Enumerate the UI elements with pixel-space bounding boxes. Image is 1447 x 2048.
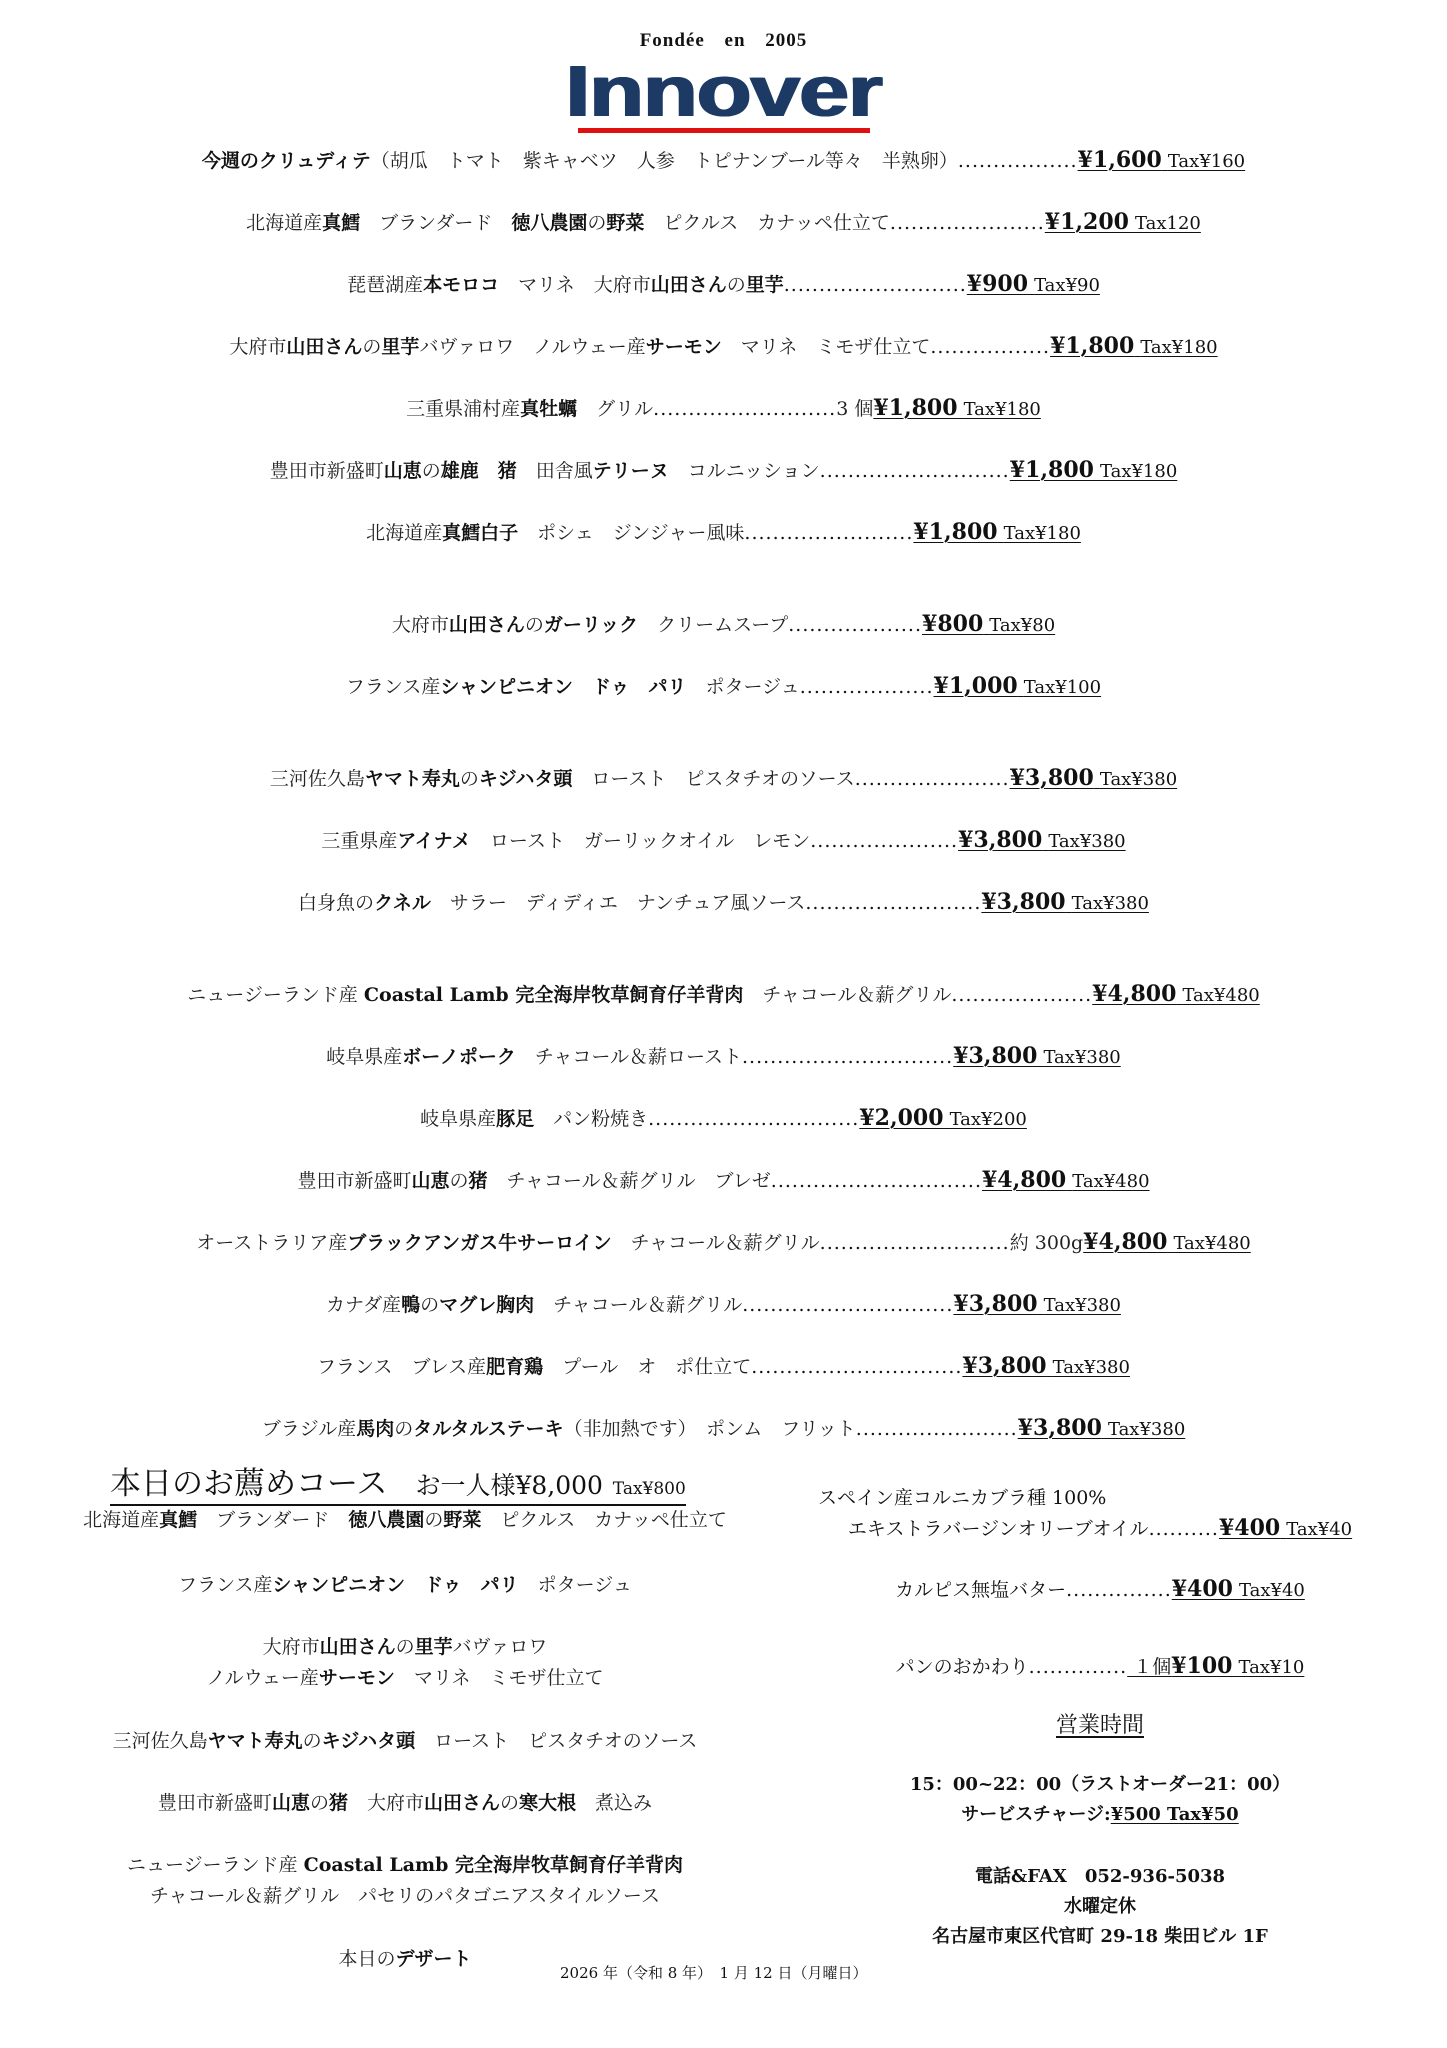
item-text: 三重県産: [321, 830, 397, 852]
item-text: マリネ 大府市: [499, 274, 651, 296]
item-text: ポシェ ジンジャー風味: [518, 522, 744, 544]
item-highlight: ボーノポーク: [402, 1046, 516, 1068]
dot-leader: ..............................: [742, 1046, 953, 1068]
hours-heading: 営業時間: [800, 1708, 1400, 1739]
item-highlight: クネル: [374, 892, 431, 914]
price-amount: ¥1,600: [1078, 147, 1162, 173]
item-text: チャコール＆薪グリル: [612, 1232, 820, 1254]
item-highlight: アイナメ: [397, 830, 471, 852]
item-highlight: 今週のクリュディテ: [202, 150, 371, 172]
item-highlight: 野菜: [606, 212, 644, 234]
address: 名古屋市東区代官町 29-18 柴田ビル 1F: [800, 1922, 1400, 1948]
item-text: ロースト ピスタチオのソース: [572, 768, 854, 790]
item-text: の: [303, 1730, 322, 1752]
extra-text: カルピス無塩バター: [895, 1579, 1066, 1601]
price-amount: ¥4,800: [1083, 1229, 1167, 1255]
item-highlight: ガーリック: [544, 614, 638, 636]
price-tax: Tax¥180: [1140, 337, 1217, 358]
price-amount: ¥2,000: [859, 1105, 943, 1131]
item-highlight: 里芋: [746, 274, 784, 296]
dot-leader: ...................: [800, 676, 934, 698]
price: ¥100 Tax¥10: [1171, 1656, 1304, 1678]
item-text: の: [449, 1170, 468, 1192]
dot-leader: ...............: [1066, 1579, 1172, 1601]
item-highlight: ヤマト寿丸: [365, 768, 460, 790]
price-amount: ¥100: [1171, 1653, 1232, 1679]
item-highlight: 山田さん: [651, 274, 727, 296]
price-tax: Tax¥80: [989, 615, 1055, 636]
item-highlight: 豚足: [496, 1108, 534, 1130]
item-text: 田舎風: [517, 460, 593, 482]
item-text: グリル: [577, 398, 653, 420]
menu-item: 大府市山田さんのガーリック クリームスープ...................…: [0, 610, 1447, 637]
menu-item: ニュージーランド産 Coastal Lamb 完全海岸牧草飼育仔羊背肉 チャコー…: [0, 980, 1447, 1007]
item-text: チャコール＆薪グリル: [743, 984, 951, 1006]
item-text: 大府市: [229, 336, 286, 358]
price-amount: ¥3,800: [962, 1353, 1046, 1379]
menu-item: 大府市山田さんの里芋バヴァロワ ノルウェー産サーモン マリネ ミモザ仕立て...…: [0, 332, 1447, 359]
course-tax: Tax¥800: [613, 1479, 686, 1499]
extra-text: パンのおかわり: [896, 1656, 1029, 1678]
item-text: チャコール＆薪グリル パセリのパタゴニアスタイルソース: [150, 1885, 660, 1907]
price-amount: ¥4,800: [982, 1167, 1066, 1193]
price-tax: Tax¥180: [1004, 523, 1081, 544]
dot-leader: ..............................: [648, 1108, 859, 1130]
dot-leader: .......................: [856, 1418, 1018, 1440]
item-text: フランス産: [346, 676, 440, 698]
dot-leader: ..........................: [784, 274, 967, 296]
logo-text: Innover: [560, 58, 886, 126]
item-highlight: テリーヌ: [593, 460, 669, 482]
price-tax: Tax¥380: [1108, 1419, 1185, 1440]
date: 2026 年（令和 8 年） 1 月 12 日（月曜日）: [560, 1962, 867, 1983]
item-highlight: サーモン: [646, 336, 722, 358]
price: ¥400 Tax¥40: [1219, 1518, 1352, 1540]
logo: Innover: [0, 58, 1447, 133]
item-highlight: 真鱈: [322, 212, 360, 234]
price-amount: ¥4,800: [1092, 981, 1176, 1007]
price: ¥1,800 Tax¥180: [1050, 336, 1218, 358]
service-charge-label: サービスチャージ:: [961, 1804, 1110, 1825]
menu-item: カナダ産鴨のマグレ胸肉 チャコール＆薪グリル..................…: [0, 1290, 1447, 1317]
price-tax: Tax¥380: [1048, 831, 1125, 852]
item-highlight: 猪: [329, 1792, 348, 1814]
menu-item: 琵琶湖産本モロコ マリネ 大府市山田さんの里芋.................…: [0, 270, 1447, 297]
item-text: ロースト ピスタチオのソース: [415, 1730, 697, 1752]
item-text: プール オ ポ仕立て: [543, 1356, 751, 1378]
price-tax: Tax¥480: [1072, 1171, 1149, 1192]
item-text: の: [362, 336, 381, 358]
dot-leader: ......................: [890, 212, 1045, 234]
item-text: 白身魚の: [298, 892, 374, 914]
item-highlight: 山田さん: [449, 614, 525, 636]
item-text: ニュージーランド産: [127, 1854, 304, 1876]
item-text: 豊田市新盛町: [297, 1170, 411, 1192]
menu-item: 北海道産真鱈 ブランダード 徳八農園の野菜 ピクルス カナッペ仕立て......…: [0, 208, 1447, 235]
price-amount: ¥1,200: [1045, 209, 1129, 235]
item-text: マリネ ミモザ仕立て: [722, 336, 931, 358]
service-charge-value: ¥500 Tax¥50: [1111, 1804, 1239, 1825]
course-item: 三河佐久島ヤマト寿丸のキジハタ頭 ロースト ピスタチオのソース: [0, 1726, 810, 1753]
item-highlight: 山田さん: [286, 336, 362, 358]
menu-item: 白身魚のクネル サラー ディディエ ナンチュア風ソース.............…: [0, 888, 1447, 915]
item-text: 岐阜県産: [420, 1108, 496, 1130]
extra-item: パンのおかわり.............. １個¥100 Tax¥10: [800, 1652, 1400, 1679]
dot-leader: ..............................: [751, 1356, 962, 1378]
course-title: 本日のお薦めコースお一人様¥8,000 Tax¥800: [110, 1458, 686, 1506]
item-highlight: 馬肉: [356, 1418, 394, 1440]
price: ¥3,800 Tax¥380: [953, 1046, 1121, 1068]
item-text: 大府市: [348, 1792, 424, 1814]
item-text: バヴァロワ: [453, 1636, 548, 1658]
item-text: コルニッション: [669, 460, 820, 482]
menu-item: 岐阜県産ボーノポーク チャコール＆薪ロースト..................…: [0, 1042, 1447, 1069]
item-text: の: [727, 274, 746, 296]
price-tax: Tax¥380: [1072, 893, 1149, 914]
price: ¥900 Tax¥90: [967, 274, 1100, 296]
price: ¥3,800 Tax¥380: [962, 1356, 1130, 1378]
item-text: 本日の: [338, 1948, 395, 1970]
dot-leader: ...........................: [820, 460, 1010, 482]
price: ¥3,800 Tax¥380: [958, 830, 1126, 852]
extra-text: スペイン産コルニカブラ種 100%: [818, 1487, 1106, 1509]
price-tax: Tax¥40: [1239, 1580, 1305, 1601]
item-text: の: [420, 1294, 439, 1316]
item-highlight: 雄鹿 猪: [441, 460, 517, 482]
course-item: 豊田市新盛町山恵の猪 大府市山田さんの寒大根 煮込み: [0, 1788, 810, 1815]
price: ¥3,800 Tax¥380: [1018, 1418, 1186, 1440]
item-text: 三河佐久島: [270, 768, 365, 790]
price-amount: ¥400: [1172, 1576, 1233, 1602]
price: ¥1,200 Tax120: [1045, 212, 1201, 234]
price-tax: Tax¥380: [1053, 1357, 1130, 1378]
item-highlight: デザート: [396, 1948, 472, 1970]
item-text: 豊田市新盛町: [158, 1792, 272, 1814]
item-highlight: ブラックアンガス牛サーロイン: [347, 1232, 611, 1254]
price-tax: Tax¥380: [1044, 1295, 1121, 1316]
item-text: の: [460, 768, 479, 790]
item-highlight: 真鱈白子: [442, 522, 518, 544]
item-text: （胡瓜 トマト 紫キャベツ 人参 トピナンブール等々 半熟卵）: [371, 150, 958, 172]
item-highlight: 真牡蠣: [520, 398, 577, 420]
item-text: 豊田市新盛町: [270, 460, 384, 482]
item-text: フランス産: [178, 1574, 272, 1596]
item-text: フランス ブレス産: [317, 1356, 486, 1378]
course-item: ニュージーランド産 Coastal Lamb 完全海岸牧草飼育仔羊背肉: [0, 1850, 810, 1877]
dot-leader: .....................: [810, 830, 958, 852]
price: ¥4,800 Tax¥480: [982, 1170, 1150, 1192]
price-tax: Tax120: [1135, 213, 1201, 234]
item-quantity: 3 個: [836, 398, 873, 420]
item-text: 北海道産: [366, 522, 442, 544]
price-amount: ¥3,800: [953, 1043, 1037, 1069]
extra-item: エキストラバージンオリーブオイル..........¥400 Tax¥40: [800, 1514, 1400, 1541]
price-tax: Tax¥380: [1100, 769, 1177, 790]
menu-item: フランス産シャンピニオン ドゥ パリ ポタージュ................…: [0, 672, 1447, 699]
price-tax: Tax¥480: [1182, 985, 1259, 1006]
price: ¥1,800 Tax¥180: [1010, 460, 1178, 482]
item-text: オーストラリア産: [196, 1232, 347, 1254]
item-text: 大府市: [392, 614, 449, 636]
item-highlight: Coastal Lamb 完全海岸牧草飼育仔羊背肉: [304, 1854, 683, 1876]
price-amount: ¥3,800: [953, 1291, 1037, 1317]
price-amount: ¥1,800: [1050, 333, 1134, 359]
item-highlight: 寒大根: [519, 1792, 576, 1814]
price-tax: Tax¥380: [1043, 1047, 1120, 1068]
menu-item: 豊田市新盛町山恵の雄鹿 猪 田舎風テリーヌ コルニッション...........…: [0, 456, 1447, 483]
item-highlight: 里芋: [381, 336, 419, 358]
price-tax: Tax¥200: [950, 1109, 1027, 1130]
price-amount: ¥1,800: [913, 519, 997, 545]
item-text: ポタージュ: [687, 676, 800, 698]
item-text: の: [500, 1792, 519, 1814]
item-text: パン粉焼き: [534, 1108, 648, 1130]
menu-item: 豊田市新盛町山恵の猪 チャコール＆薪グリル ブレゼ...............…: [0, 1166, 1447, 1193]
price: ¥3,800 Tax¥380: [953, 1294, 1121, 1316]
course-item: 大府市山田さんの里芋バヴァロワ: [0, 1632, 810, 1659]
price: ¥1,600 Tax¥160: [1078, 150, 1246, 172]
phone-fax: 電話&FAX 052-936-5038: [800, 1862, 1400, 1888]
price-amount: ¥900: [967, 271, 1028, 297]
course-item: 北海道産真鱈 ブランダード 徳八農園の野菜 ピクルス カナッペ仕立て: [0, 1505, 810, 1532]
hours-text: 15：00~22：00（ラストオーダー21：00）: [800, 1770, 1400, 1796]
item-text: 煮込み: [576, 1792, 652, 1814]
dot-leader: ..........: [1149, 1518, 1219, 1540]
item-highlight: 山恵: [411, 1170, 449, 1192]
item-text: マリネ ミモザ仕立て: [395, 1667, 604, 1689]
item-highlight: タルタルステーキ: [413, 1418, 563, 1440]
service-charge: サービスチャージ:¥500 Tax¥50: [800, 1800, 1400, 1826]
founded-text: Fondée en 2005: [0, 30, 1447, 52]
menu-item: 三重県産アイナメ ロースト ガーリックオイル レモン..............…: [0, 826, 1447, 853]
item-highlight: 山田さん: [320, 1636, 396, 1658]
menu-item: オーストラリア産ブラックアンガス牛サーロイン チャコール＆薪グリル.......…: [0, 1228, 1447, 1255]
item-highlight: シャンピニオン ドゥ パリ: [440, 676, 686, 698]
item-highlight: 山恵: [384, 460, 422, 482]
item-text: 琵琶湖産: [347, 274, 423, 296]
item-highlight: マグレ胸肉: [439, 1294, 534, 1316]
price: ¥1,800 Tax¥180: [873, 398, 1041, 420]
price: ¥4,800 Tax¥480: [1092, 984, 1260, 1006]
item-text: の: [422, 460, 441, 482]
price-amount: ¥3,800: [1010, 765, 1094, 791]
price-tax: Tax¥180: [964, 399, 1041, 420]
price: ¥2,000 Tax¥200: [859, 1108, 1027, 1130]
item-highlight: 徳八農園: [511, 212, 587, 234]
item-highlight: 本モロコ: [423, 274, 499, 296]
item-highlight: キジハタ頭: [322, 1730, 415, 1752]
course-item: ノルウェー産サーモン マリネ ミモザ仕立て: [0, 1663, 810, 1690]
item-text: ブラジル産: [262, 1418, 357, 1440]
menu-item: 北海道産真鱈白子 ポシェ ジンジャー風味....................…: [0, 518, 1447, 545]
price-tax: Tax¥40: [1286, 1519, 1352, 1540]
item-text: クリームスープ: [638, 614, 788, 636]
dot-leader: .........................: [805, 892, 981, 914]
price-amount: ¥3,800: [981, 889, 1065, 915]
price: ¥1,000 Tax¥100: [934, 676, 1102, 698]
closed-day: 水曜定休: [800, 1892, 1400, 1918]
dot-leader: ..........................: [653, 398, 836, 420]
dot-leader: ..............................: [771, 1170, 982, 1192]
price-amount: ¥400: [1219, 1515, 1280, 1541]
course-item: フランス産シャンピニオン ドゥ パリ ポタージュ: [0, 1570, 810, 1597]
item-text: 岐阜県産: [326, 1046, 402, 1068]
item-highlight: 里芋: [415, 1636, 453, 1658]
menu-item: 三重県浦村産真牡蠣 グリル..........................3…: [0, 394, 1447, 421]
item-text: 三重県浦村産: [406, 398, 520, 420]
item-text: 北海道産: [83, 1509, 159, 1531]
dot-leader: ...........................: [820, 1232, 1010, 1254]
item-text: の: [587, 212, 606, 234]
item-text: チャコール＆薪グリル ブレゼ: [488, 1170, 771, 1192]
price-tax: Tax¥100: [1024, 677, 1101, 698]
item-highlight: 徳八農園: [348, 1509, 424, 1531]
price-tax: Tax¥160: [1168, 151, 1245, 172]
menu-item: 三河佐久島ヤマト寿丸のキジハタ頭 ロースト ピスタチオのソース.........…: [0, 764, 1447, 791]
item-quantity: １個: [1127, 1656, 1171, 1678]
extra-item: スペイン産コルニカブラ種 100%: [818, 1483, 1418, 1510]
item-text: ロースト ガーリックオイル レモン: [471, 830, 810, 852]
dot-leader: .................: [958, 150, 1078, 172]
dot-leader: ..............: [1029, 1656, 1128, 1678]
price: ¥1,800 Tax¥180: [913, 522, 1081, 544]
price-tax: Tax¥480: [1173, 1233, 1250, 1254]
item-highlight: 真鱈: [159, 1509, 197, 1531]
item-highlight: 鴨: [401, 1294, 420, 1316]
item-text: ポタージュ: [519, 1574, 632, 1596]
item-quantity: 約 300g: [1010, 1232, 1083, 1254]
price-tax: Tax¥10: [1239, 1657, 1305, 1678]
price-tax: Tax¥90: [1034, 275, 1100, 296]
extra-text: エキストラバージンオリーブオイル: [848, 1518, 1149, 1540]
course-price: お一人様¥8,000: [415, 1471, 602, 1500]
item-highlight: シャンピニオン ドゥ パリ: [273, 1574, 519, 1596]
item-text: チャコール＆薪グリル: [534, 1294, 742, 1316]
item-text: の: [394, 1418, 413, 1440]
dot-leader: ........................: [744, 522, 913, 544]
price-amount: ¥1,000: [934, 673, 1018, 699]
price-amount: ¥1,800: [1010, 457, 1094, 483]
item-text: ニュージーランド産: [187, 984, 364, 1006]
course-item: チャコール＆薪グリル パセリのパタゴニアスタイルソース: [0, 1881, 810, 1908]
dot-leader: ...................: [788, 614, 922, 636]
dot-leader: ......................: [855, 768, 1010, 790]
price: ¥3,800 Tax¥380: [1010, 768, 1178, 790]
price-amount: ¥3,800: [1018, 1415, 1102, 1441]
item-highlight: ヤマト寿丸: [208, 1730, 303, 1752]
dot-leader: ..............................: [742, 1294, 953, 1316]
item-text: ノルウェー産: [206, 1667, 318, 1689]
item-text: 三河佐久島: [113, 1730, 208, 1752]
item-text: 北海道産: [246, 212, 322, 234]
item-highlight: 山田さん: [424, 1792, 500, 1814]
item-text: チャコール＆薪ロースト: [516, 1046, 742, 1068]
item-highlight: 肥育鶏: [486, 1356, 543, 1378]
item-text: サラー ディディエ ナンチュア風ソース: [431, 892, 806, 914]
price-amount: ¥800: [922, 611, 983, 637]
item-text: の: [525, 614, 544, 636]
hours-heading-text: 営業時間: [1056, 1713, 1144, 1738]
item-highlight: Coastal Lamb 完全海岸牧草飼育仔羊背肉: [364, 984, 743, 1006]
item-text: バヴァロワ ノルウェー産: [419, 336, 645, 358]
item-text: の: [424, 1509, 443, 1531]
item-highlight: サーモン: [319, 1667, 395, 1689]
item-highlight: キジハタ頭: [479, 768, 572, 790]
item-highlight: 猪: [468, 1170, 487, 1192]
item-text: ブランダード: [360, 212, 511, 234]
item-text: の: [310, 1792, 329, 1814]
menu-item: ブラジル産馬肉のタルタルステーキ（非加熱です） ポンム フリット........…: [0, 1414, 1447, 1441]
item-text: （非加熱です） ポンム フリット: [564, 1418, 856, 1440]
price: ¥800 Tax¥80: [922, 614, 1055, 636]
item-text: の: [396, 1636, 415, 1658]
item-text: 大府市: [263, 1636, 320, 1658]
price-amount: ¥3,800: [958, 827, 1042, 853]
item-text: ピクルス カナッペ仕立て: [644, 212, 889, 234]
item-text: カナダ産: [326, 1294, 401, 1316]
item-highlight: 山恵: [272, 1792, 310, 1814]
menu-item: フランス ブレス産肥育鶏 プール オ ポ仕立て.................…: [0, 1352, 1447, 1379]
extra-item: カルピス無塩バター...............¥400 Tax¥40: [800, 1575, 1400, 1602]
menu-item: 今週のクリュディテ（胡瓜 トマト 紫キャベツ 人参 トピナンブール等々 半熟卵）…: [0, 146, 1447, 173]
dot-leader: .................: [930, 336, 1050, 358]
price: ¥4,800 Tax¥480: [1083, 1232, 1251, 1254]
menu-item: 岐阜県産豚足 パン粉焼き............................…: [0, 1104, 1447, 1131]
price-tax: Tax¥180: [1100, 461, 1177, 482]
price: ¥3,800 Tax¥380: [981, 892, 1149, 914]
item-text: ピクルス カナッペ仕立て: [481, 1509, 726, 1531]
item-highlight: 野菜: [443, 1509, 481, 1531]
dot-leader: ....................: [951, 984, 1092, 1006]
price: ¥400 Tax¥40: [1172, 1579, 1305, 1601]
course-name: 本日のお薦めコース: [110, 1466, 387, 1502]
item-text: ブランダード: [197, 1509, 348, 1531]
price-amount: ¥1,800: [873, 395, 957, 421]
